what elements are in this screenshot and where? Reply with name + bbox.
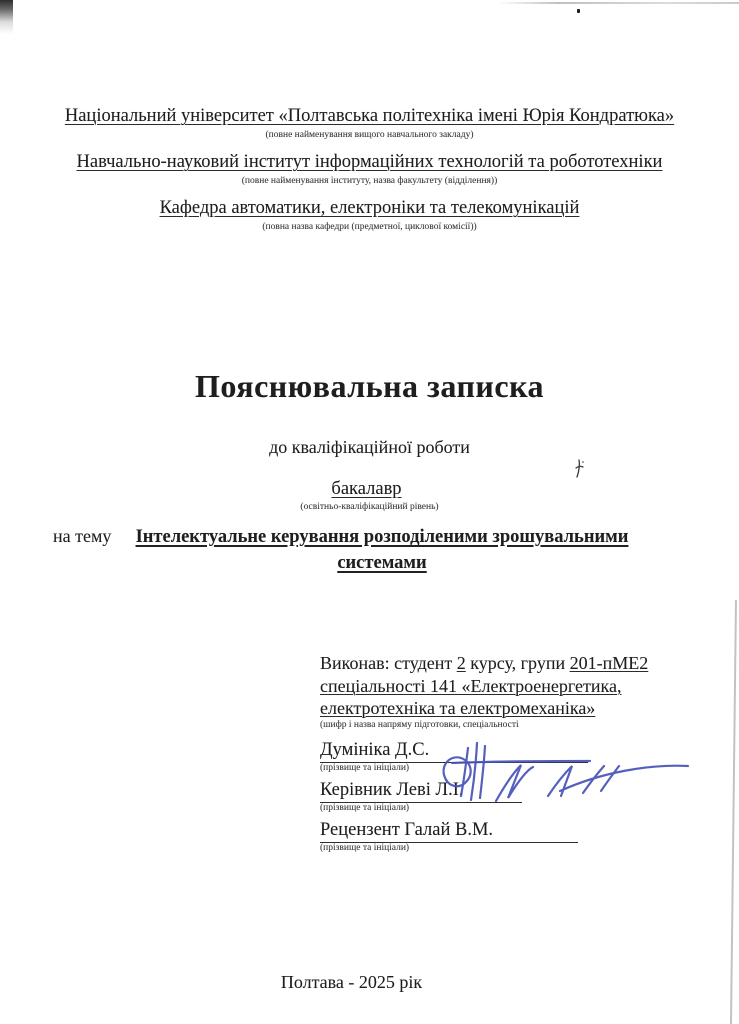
reviewer-name-line: Рецензент Галай В.М. bbox=[320, 820, 578, 843]
institute-name: Навчально-науковий інститут інформаційни… bbox=[0, 150, 739, 174]
institute-name-text: Навчально-науковий інститут інформаційни… bbox=[77, 152, 663, 172]
executor-prefix: Виконав: студент bbox=[320, 653, 457, 673]
theme-label: на тему bbox=[53, 526, 111, 547]
university-name: Національний університет «Полтавська пол… bbox=[0, 104, 739, 128]
department-name-text: Кафедра автоматики, електроніки та телек… bbox=[160, 198, 580, 218]
scanned-title-page: { "document_type": "thesis-title-page-sc… bbox=[0, 0, 739, 1024]
course-number: 2 bbox=[457, 653, 466, 673]
supervisor-name-line: Керівник Леві Л.І. bbox=[320, 780, 522, 803]
signature-rows: Думініка Д.С. (прізвище та ініціали) Кер… bbox=[320, 740, 725, 854]
page-subtitle: до кваліфікаційної роботи bbox=[0, 437, 739, 458]
specialty-line-1: спеціальності 141 «Електроенергетика, bbox=[320, 675, 725, 698]
student-name-caption: (прізвище та ініціали) bbox=[320, 763, 725, 774]
scan-edge-line-right bbox=[731, 600, 736, 1024]
institute-caption: (повне найменування інституту, назва фак… bbox=[0, 175, 739, 187]
student-name-line: Думініка Д.С. bbox=[320, 740, 588, 763]
qualification-level: бакалавр bbox=[0, 479, 739, 500]
university-name-text: Національний університет «Полтавська пол… bbox=[65, 106, 674, 126]
page-title: Пояснювальна записка bbox=[0, 368, 739, 405]
specialty-caption: (шифр і назва напряму підготовки, спеціа… bbox=[320, 720, 725, 731]
university-caption: (повне найменування вищого навчального з… bbox=[0, 129, 739, 141]
scan-smudge-top-left bbox=[0, 0, 13, 34]
specialty-line-2: електротехніка та електромеханіка» bbox=[320, 697, 725, 720]
scan-dot-artifact bbox=[577, 9, 580, 13]
group-code: 201-пМЕ2 bbox=[570, 653, 649, 673]
qualification-level-caption: (освітньо-кваліфікаційний рівень) bbox=[0, 502, 739, 512]
supervisor-name-caption: (прізвище та ініціали) bbox=[320, 803, 725, 814]
executor-line: Виконав: студент 2 курсу, групи 201-пМЕ2 bbox=[320, 652, 725, 675]
scan-edge-line-top bbox=[498, 2, 739, 4]
header-block: Національний університет «Полтавська пол… bbox=[0, 104, 739, 242]
pen-mark bbox=[576, 460, 584, 477]
executor-block: Виконав: студент 2 курсу, групи 201-пМЕ2… bbox=[320, 652, 725, 854]
department-name: Кафедра автоматики, електроніки та телек… bbox=[0, 196, 739, 220]
qualification-level-text: бакалавр bbox=[329, 479, 409, 499]
department-caption: (повна назва кафедри (предметної, циклов… bbox=[0, 221, 739, 233]
city-year-line: Полтава - 2025 рік bbox=[0, 972, 739, 993]
reviewer-name-caption: (прізвище та ініціали) bbox=[320, 843, 725, 854]
theme-block: на тему Інтелектуальне керування розподі… bbox=[0, 524, 739, 576]
executor-mid: курсу, групи bbox=[466, 653, 570, 673]
theme-title: Інтелектуальне керування розподіленими з… bbox=[112, 524, 652, 576]
